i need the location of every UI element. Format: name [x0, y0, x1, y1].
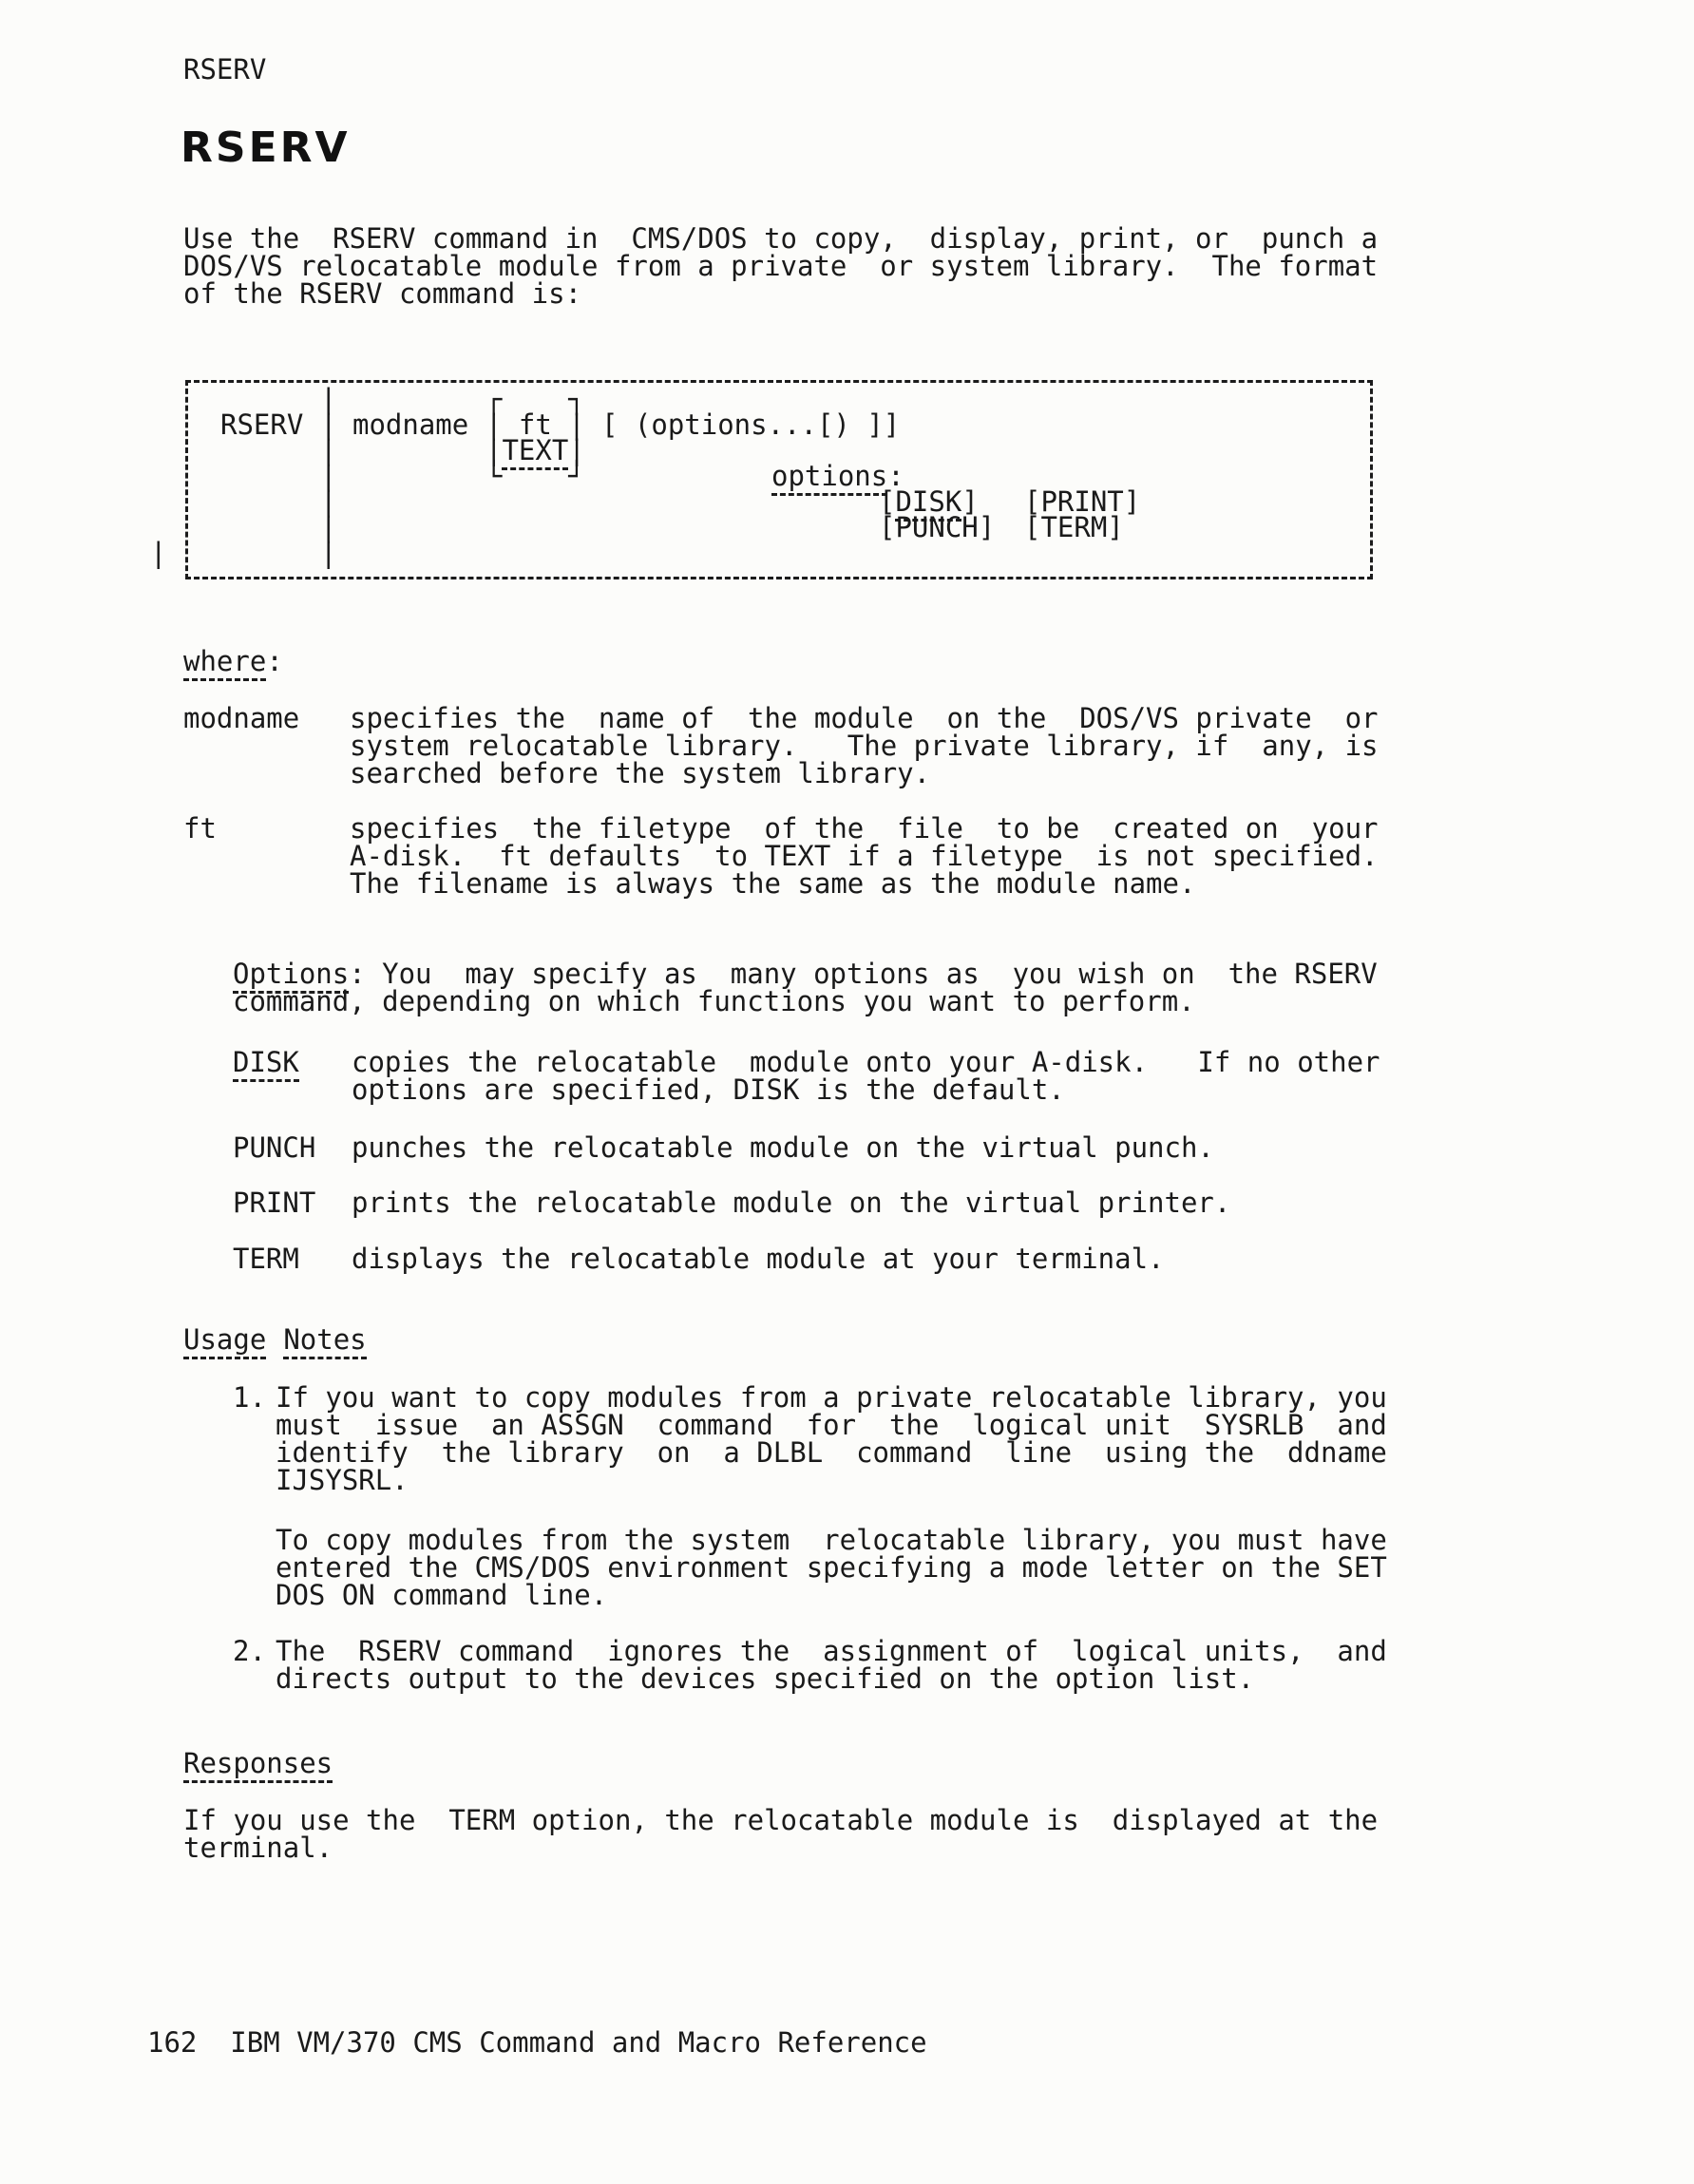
option-entry-punch-desc: punches the relocatable module on the vi… — [352, 1134, 1214, 1162]
change-bar: | — [150, 540, 166, 567]
page-title: RSERV — [181, 127, 351, 169]
where-heading-word: where — [183, 645, 266, 681]
options-syntax: [ (options...[) ]] — [601, 411, 900, 439]
disk-label-word: DISK — [233, 1046, 299, 1082]
note-1-number: 1. — [233, 1384, 266, 1412]
usage-notes-word2: Notes — [283, 1323, 366, 1359]
where-desc-modname: specifies the name of the module on the … — [350, 705, 1379, 788]
punch-option-token: [PUNCH] — [879, 514, 995, 541]
term-option-token: [TERM] — [1024, 514, 1124, 541]
where-desc-ft: specifies the filetype of the file to be… — [350, 815, 1379, 898]
option-entry-punch-label: PUNCH — [233, 1134, 315, 1162]
page-footer: 162 IBM VM/370 CMS Command and Macro Ref… — [147, 2029, 927, 2057]
responses-heading: Responses — [183, 1750, 333, 1777]
options-label-word: options — [771, 460, 887, 496]
option-entry-disk-desc: copies the relocatable module onto your … — [352, 1049, 1380, 1104]
options-lead-paragraph: Options: You may specify as many options… — [233, 960, 1378, 1016]
options-lead-rest: : You may specify as many options as you… — [233, 958, 1378, 1017]
responses-heading-word: Responses — [183, 1747, 333, 1783]
running-header: RSERV — [183, 56, 266, 84]
usage-notes-word1: Usage — [183, 1323, 266, 1359]
responses-body: If you use the TERM option, the relocata… — [183, 1807, 1378, 1862]
column-separator-bar: | — [320, 540, 336, 567]
manual-page: RSERV RSERV Use the RSERV command in CMS… — [0, 0, 1694, 2184]
intro-paragraph: Use the RSERV command in CMS/DOS to copy… — [183, 225, 1378, 308]
option-entry-disk-label: DISK — [233, 1049, 299, 1076]
where-heading-colon: : — [266, 645, 282, 677]
ft-bracket-bottom: └ ┘ — [485, 463, 585, 490]
where-term-ft: ft — [183, 815, 217, 843]
where-heading: where: — [183, 648, 283, 675]
option-entry-print-label: PRINT — [233, 1189, 315, 1217]
where-term-modname: modname — [183, 705, 299, 732]
option-entry-term-label: TERM — [233, 1245, 299, 1273]
note-1-continuation: To copy modules from the system relocata… — [276, 1527, 1387, 1609]
syntax-box: | | | | | | | ┌ ┐ RSERV modname | ft | [… — [185, 380, 1373, 579]
note-2-number: 2. — [233, 1638, 266, 1665]
option-entry-term-desc: displays the relocatable module at your … — [352, 1245, 1165, 1273]
usage-notes-heading: UsageNotes — [183, 1326, 367, 1354]
syntax-operand: modname — [352, 411, 468, 439]
option-entry-print-desc: prints the relocatable module on the vir… — [352, 1189, 1230, 1217]
syntax-command: RSERV — [220, 411, 303, 439]
note-2-text: The RSERV command ignores the assignment… — [276, 1638, 1387, 1693]
note-1-text: If you want to copy modules from a priva… — [276, 1384, 1387, 1494]
